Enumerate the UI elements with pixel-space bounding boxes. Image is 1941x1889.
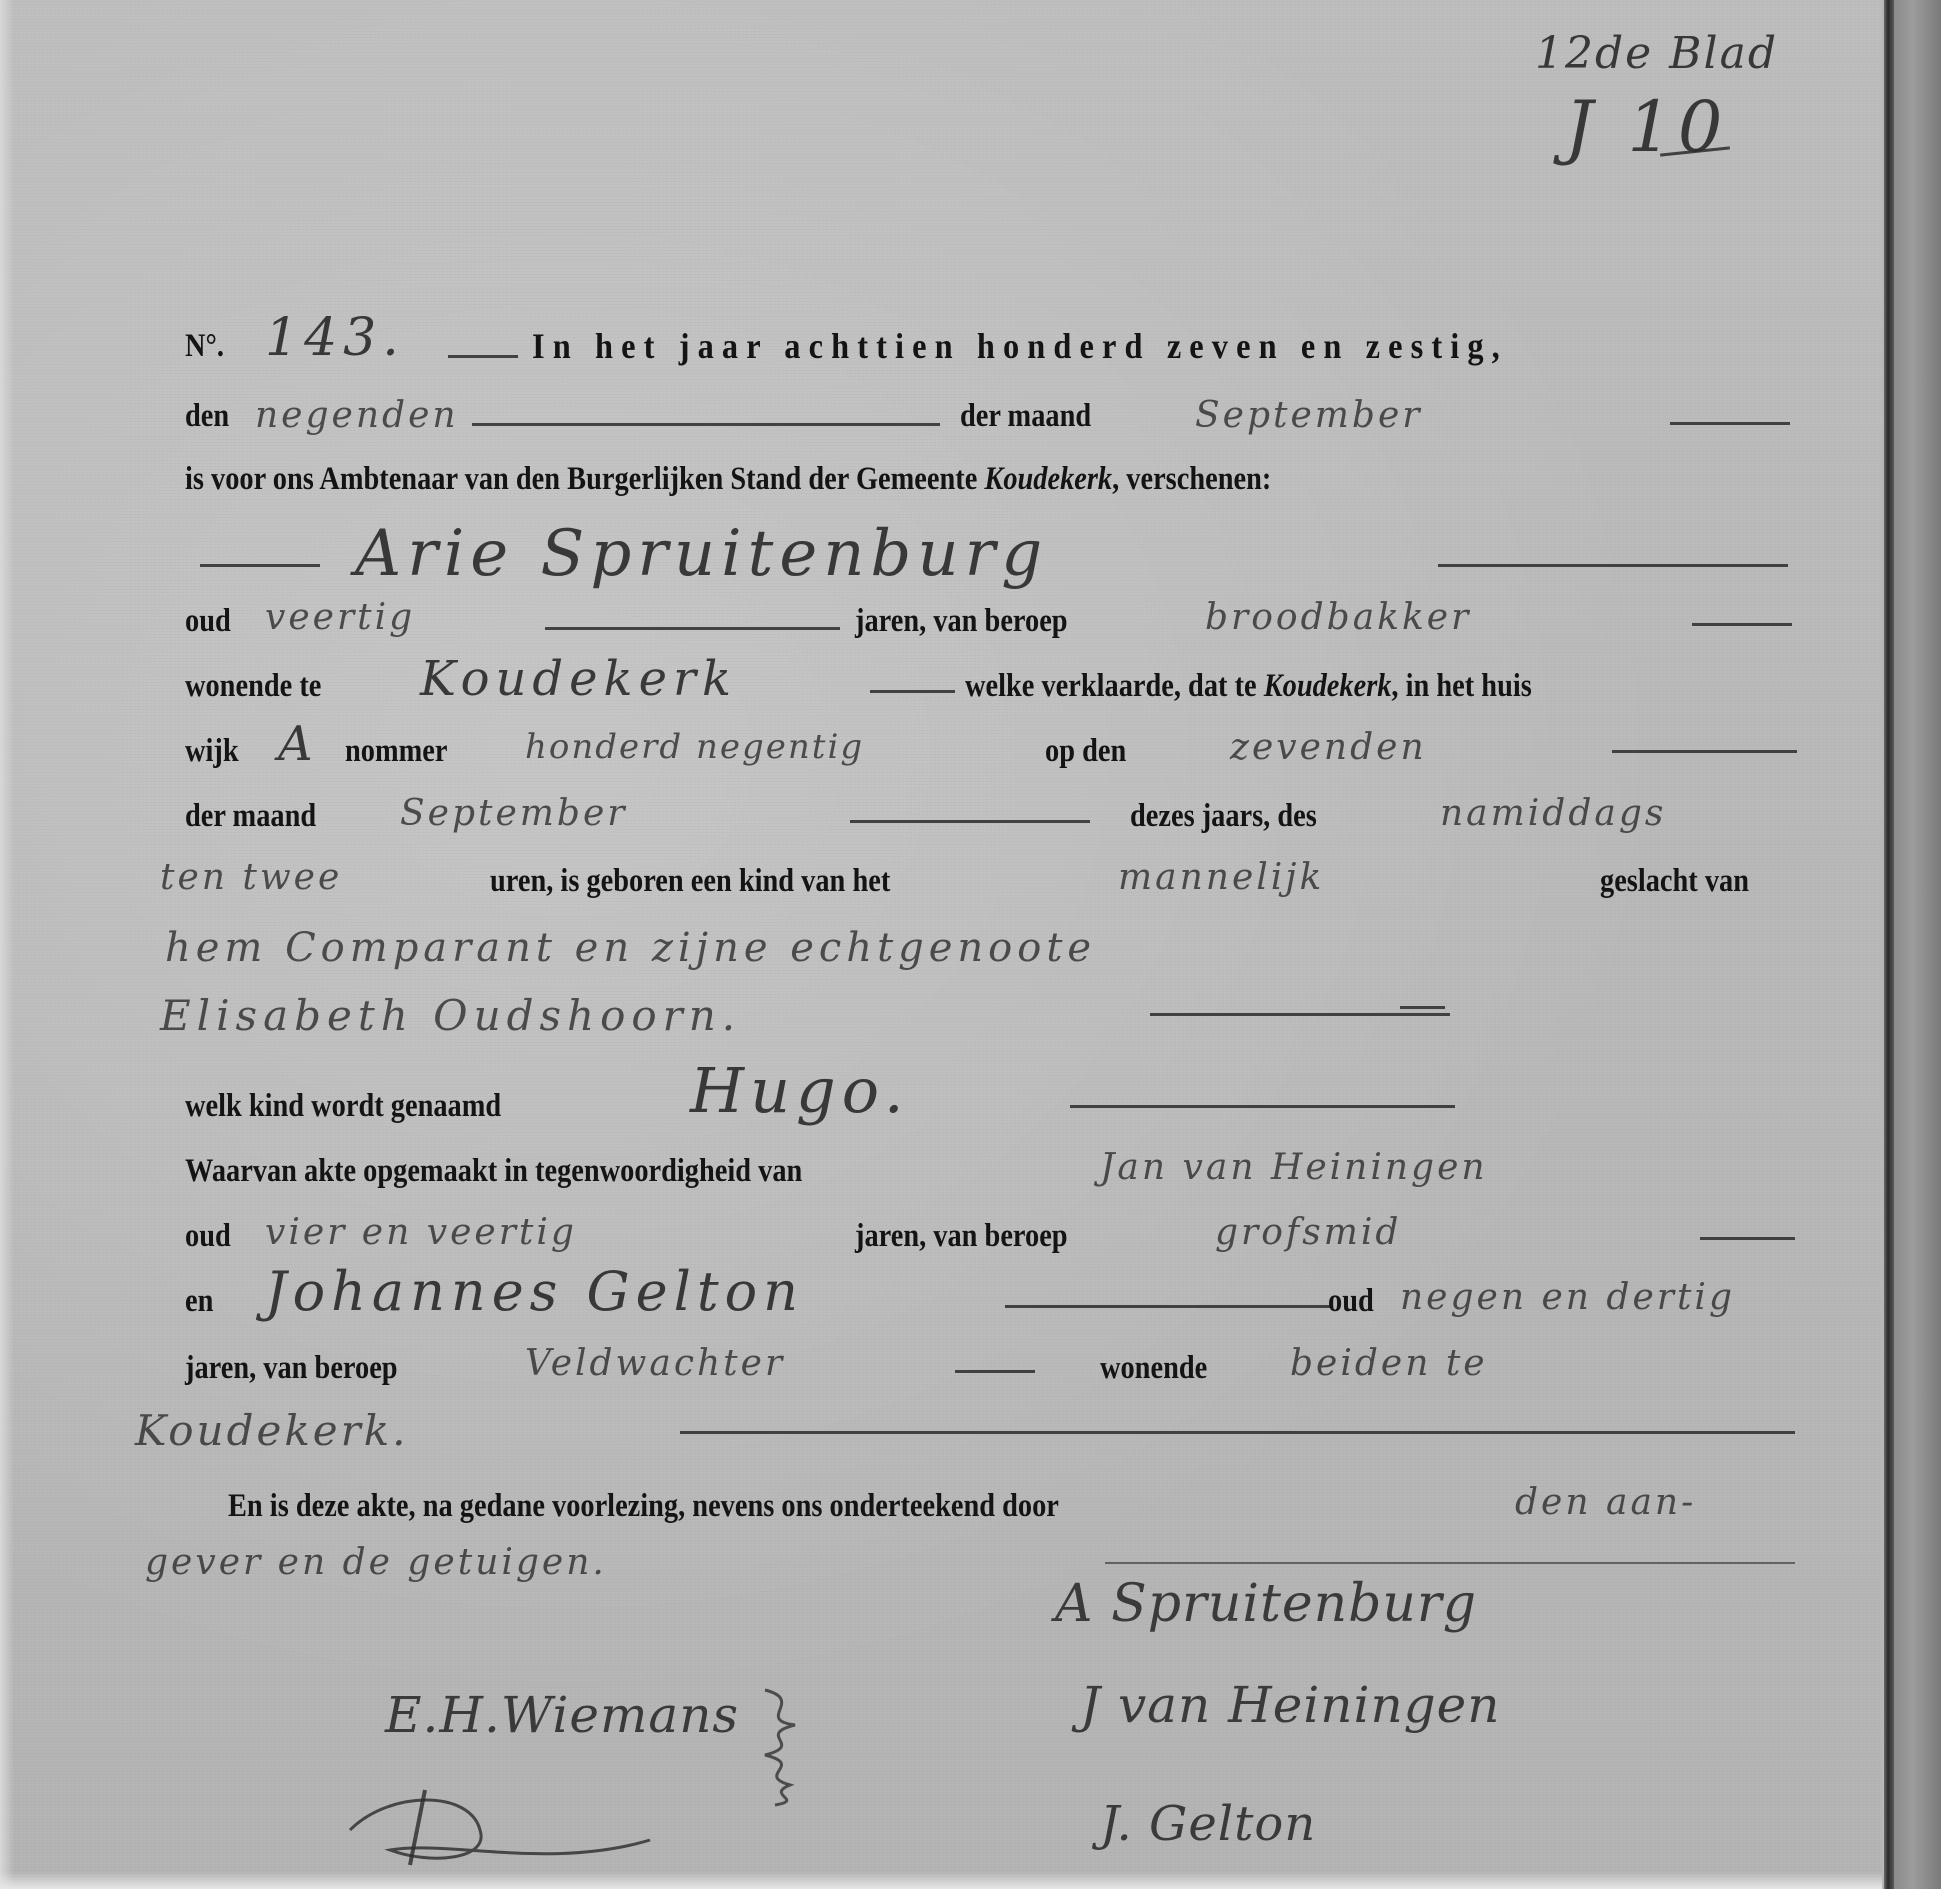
- declared-label: welke verklaarde, dat te: [965, 668, 1257, 704]
- time-part-2: ten twee: [160, 860, 342, 896]
- house-number-label: nommer: [345, 735, 447, 768]
- rule: [1612, 750, 1797, 753]
- witness-intro: Waarvan akte opgemaakt in tegenwoordighe…: [185, 1155, 802, 1188]
- rule: [1105, 1562, 1795, 1564]
- declarant-residence: Koudekerk: [420, 655, 737, 703]
- child-name: Hugo.: [690, 1060, 910, 1122]
- rule: [1400, 1006, 1445, 1009]
- rule: [200, 564, 320, 567]
- time-part-1: namiddags: [1440, 796, 1666, 832]
- rule: [472, 423, 940, 426]
- rule: [870, 690, 955, 693]
- document-page: 12de Blad J 10 N°. 143. In het jaar acht…: [0, 0, 1882, 1889]
- birth-place: Koudekerk: [1264, 668, 1392, 704]
- signature-flourish-icon: [330, 1780, 670, 1870]
- official-line: is voor ons Ambtenaar van den Burgerlijk…: [185, 463, 1271, 496]
- signature-declarant: A Spruitenburg: [1055, 1578, 1477, 1630]
- witness1-age-prefix: oud: [185, 1220, 231, 1253]
- child-sex: mannelijk: [1118, 860, 1324, 896]
- signed-by-2: gever en de getuigen.: [145, 1545, 607, 1581]
- rule: [1070, 1105, 1455, 1108]
- rule: [850, 820, 1090, 823]
- rule: [1005, 1305, 1330, 1308]
- witness1-name: Jan van Heiningen: [1100, 1150, 1488, 1186]
- house-number: honderd negentig: [525, 730, 864, 764]
- binding-line: [1884, 0, 1894, 1889]
- and-label: en: [185, 1285, 213, 1318]
- sex-suffix: geslacht van: [1600, 865, 1749, 898]
- parents-line-1: hem Comparant en zijne echtgenoote: [165, 928, 1096, 968]
- declarant-age: veertig: [265, 600, 415, 636]
- witnesses-residence: beiden te: [1290, 1346, 1488, 1382]
- page-edge-shade: [0, 0, 14, 1889]
- record-number-label: N°.: [185, 330, 224, 363]
- signed-by-1: den aan-: [1515, 1485, 1696, 1521]
- birth-month: September: [400, 796, 627, 832]
- rule: [1438, 564, 1788, 567]
- binding-edge: [1894, 0, 1941, 1889]
- intro-line: In het jaar achttien honderd zeven en ze…: [532, 328, 1508, 364]
- appeared-text: , verschenen:: [1112, 461, 1271, 497]
- declarant-occupation: broodbakker: [1205, 600, 1471, 636]
- municipality: Koudekerk: [984, 461, 1112, 497]
- residence-prefix: wonende te: [185, 670, 321, 703]
- day-value: negenden: [255, 398, 459, 434]
- witness2-occupation: Veldwachter: [525, 1346, 785, 1382]
- month-label: der maand: [960, 400, 1091, 433]
- rule: [545, 627, 840, 630]
- rule: [955, 1370, 1035, 1373]
- ward-label: wijk: [185, 735, 239, 768]
- rule: [680, 1431, 1795, 1434]
- this-year-label: dezes jaars, des: [1130, 800, 1317, 833]
- declarant-name: Arie Spruitenburg: [355, 522, 1048, 586]
- born-label: uren, is geboren een kind van het: [490, 865, 890, 898]
- parents-line-2: Elisabeth Oudshoorn.: [160, 995, 741, 1037]
- witness2-name: Johannes Gelton: [265, 1265, 804, 1319]
- witness1-occupation: grofsmid: [1215, 1215, 1401, 1251]
- witnesses-residence-label: wonende: [1100, 1352, 1207, 1385]
- signature-witness2: J. Gelton: [1100, 1800, 1316, 1848]
- record-number: 143.: [265, 312, 405, 364]
- month-value: September: [1195, 398, 1422, 434]
- signature-coil-flourish-icon: [745, 1680, 825, 1810]
- signature-witness1: J van Heiningen: [1080, 1680, 1500, 1730]
- sheet-label: 12de Blad: [1535, 32, 1778, 76]
- official-line-text: is voor ons Ambtenaar van den Burgerlijk…: [185, 461, 977, 497]
- witness1-age: vier en veertig: [265, 1215, 577, 1251]
- age-prefix: oud: [185, 605, 231, 638]
- witness2-age-prefix: oud: [1328, 1285, 1374, 1318]
- declared-line: welke verklaarde, dat te Koudekerk, in h…: [965, 670, 1532, 703]
- on-the-label: op den: [1045, 735, 1126, 768]
- rule: [1150, 1013, 1450, 1016]
- closing-text: En is deze akte, na gedane voorlezing, n…: [228, 1490, 1059, 1523]
- witness2-age-suffix: jaren, van beroep: [185, 1352, 398, 1385]
- ward-value: A: [278, 720, 319, 768]
- child-name-label: welk kind wordt genaamd: [185, 1090, 501, 1123]
- witnesses-residence-2: Koudekerk.: [135, 1410, 409, 1452]
- birth-day: zevenden: [1230, 730, 1427, 766]
- age-suffix: jaren, van beroep: [855, 605, 1068, 638]
- signature-official: E.H.Wiemans: [385, 1690, 739, 1740]
- rule: [1670, 422, 1790, 425]
- den-label: den: [185, 400, 229, 433]
- page-bottom-fade: [0, 1872, 1882, 1889]
- rule: [448, 355, 518, 358]
- witness1-age-suffix: jaren, van beroep: [855, 1220, 1068, 1253]
- house-label: , in het huis: [1391, 668, 1531, 704]
- witness2-age: negen en dertig: [1400, 1280, 1735, 1316]
- rule: [1692, 623, 1792, 626]
- rule: [1700, 1237, 1795, 1240]
- birth-month-label: der maand: [185, 800, 316, 833]
